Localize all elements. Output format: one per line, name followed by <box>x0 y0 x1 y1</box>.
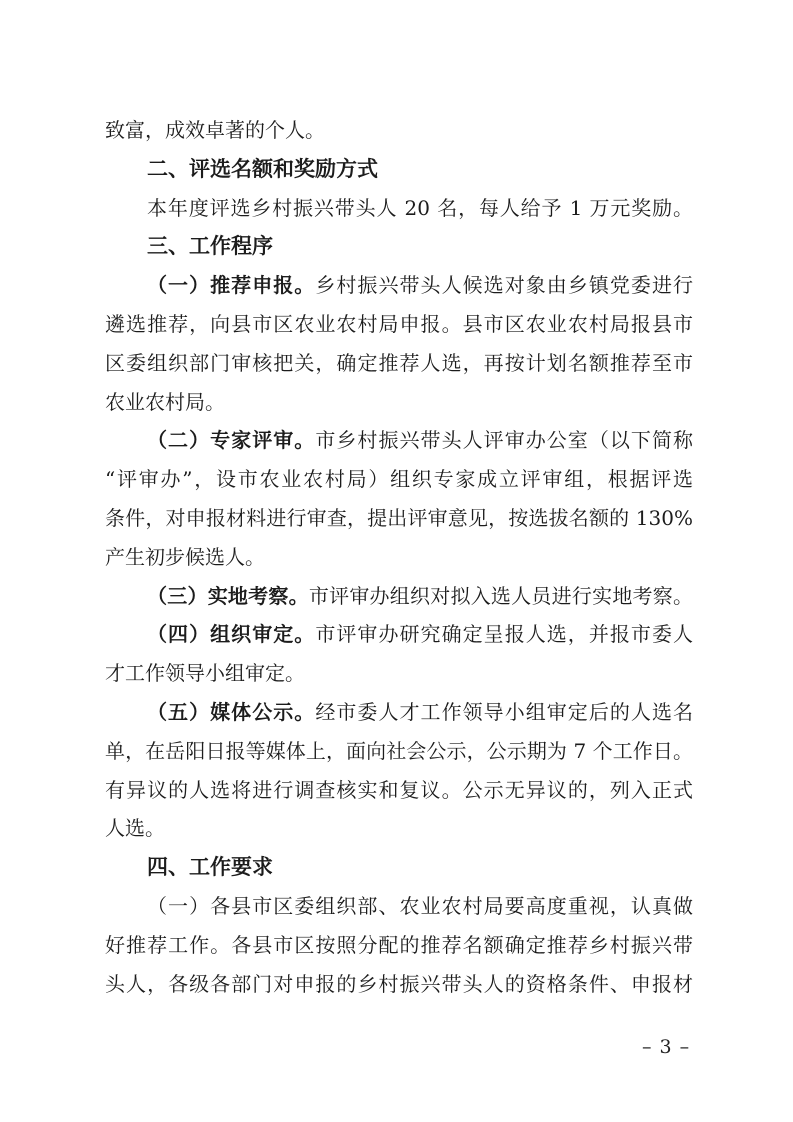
text-line: （五）媒体公示。经市委人才工作领导小组审定后的人选名 <box>105 693 693 732</box>
text-line: （二）专家评审。市乡村振兴带头人评审办公室（以下简称 <box>105 421 693 460</box>
text-line: 区委组织部门审核把关，确定推荐人选，再按计划名额推荐至市 <box>105 344 693 383</box>
text-line: （一）推荐申报。乡村振兴带头人候选对象由乡镇党委进行 <box>105 266 693 305</box>
text-line: 头人，各级各部门对申报的乡村振兴带头人的资格条件、申报材 <box>105 965 693 1004</box>
text-line: 遴选推荐，向县市区农业农村局申报。县市区农业农村局报县市 <box>105 305 693 344</box>
text-line: 农业农村局。 <box>105 383 693 422</box>
text-line: “评审办”，设市农业农村局）组织专家成立评审组，根据评选 <box>105 460 693 499</box>
paragraph-label: （五）媒体公示。 <box>147 700 315 724</box>
text-line: 本年度评选乡村振兴带头人 20 名，每人给予 1 万元奖励。 <box>105 189 693 228</box>
text-line: 单，在岳阳日报等媒体上，面向社会公示，公示期为 7 个工作日。 <box>105 732 693 771</box>
text-line: 产生初步候选人。 <box>105 538 693 577</box>
text-line: 致富，成效卓著的个人。 <box>105 111 693 150</box>
text-line: 人选。 <box>105 809 693 848</box>
section-heading-3: 三、工作程序 <box>105 227 693 266</box>
document-body: 致富，成效卓著的个人。 二、评选名额和奖励方式 本年度评选乡村振兴带头人 20 … <box>105 111 693 1003</box>
paragraph-label: （一）推荐申报。 <box>147 273 315 297</box>
document-page: 致富，成效卓著的个人。 二、评选名额和奖励方式 本年度评选乡村振兴带头人 20 … <box>0 0 793 1122</box>
paragraph-label: （二）专家评审。 <box>147 428 315 452</box>
text-line: （四）组织审定。市评审办研究确定呈报人选，并报市委人 <box>105 615 693 654</box>
page-number: – 3 – <box>642 1036 690 1058</box>
text-line: （三）实地考察。市评审办组织对拟入选人员进行实地考察。 <box>105 577 693 616</box>
text-line: 有异议的人选将进行调查核实和复议。公示无异议的，列入正式 <box>105 771 693 810</box>
paragraph-label: （三）实地考察。 <box>147 584 309 608</box>
paragraph-label: （四）组织审定。 <box>147 622 315 646</box>
section-heading-2: 二、评选名额和奖励方式 <box>105 150 693 189</box>
text-line: 好推荐工作。各县市区按照分配的推荐名额确定推荐乡村振兴带 <box>105 926 693 965</box>
text-line: 才工作领导小组审定。 <box>105 654 693 693</box>
section-heading-4: 四、工作要求 <box>105 848 693 887</box>
text-line: 条件，对申报材料进行审查，提出评审意见，按选拔名额的 130% <box>105 499 693 538</box>
text-line: （一）各县市区委组织部、农业农村局要高度重视，认真做 <box>105 887 693 926</box>
